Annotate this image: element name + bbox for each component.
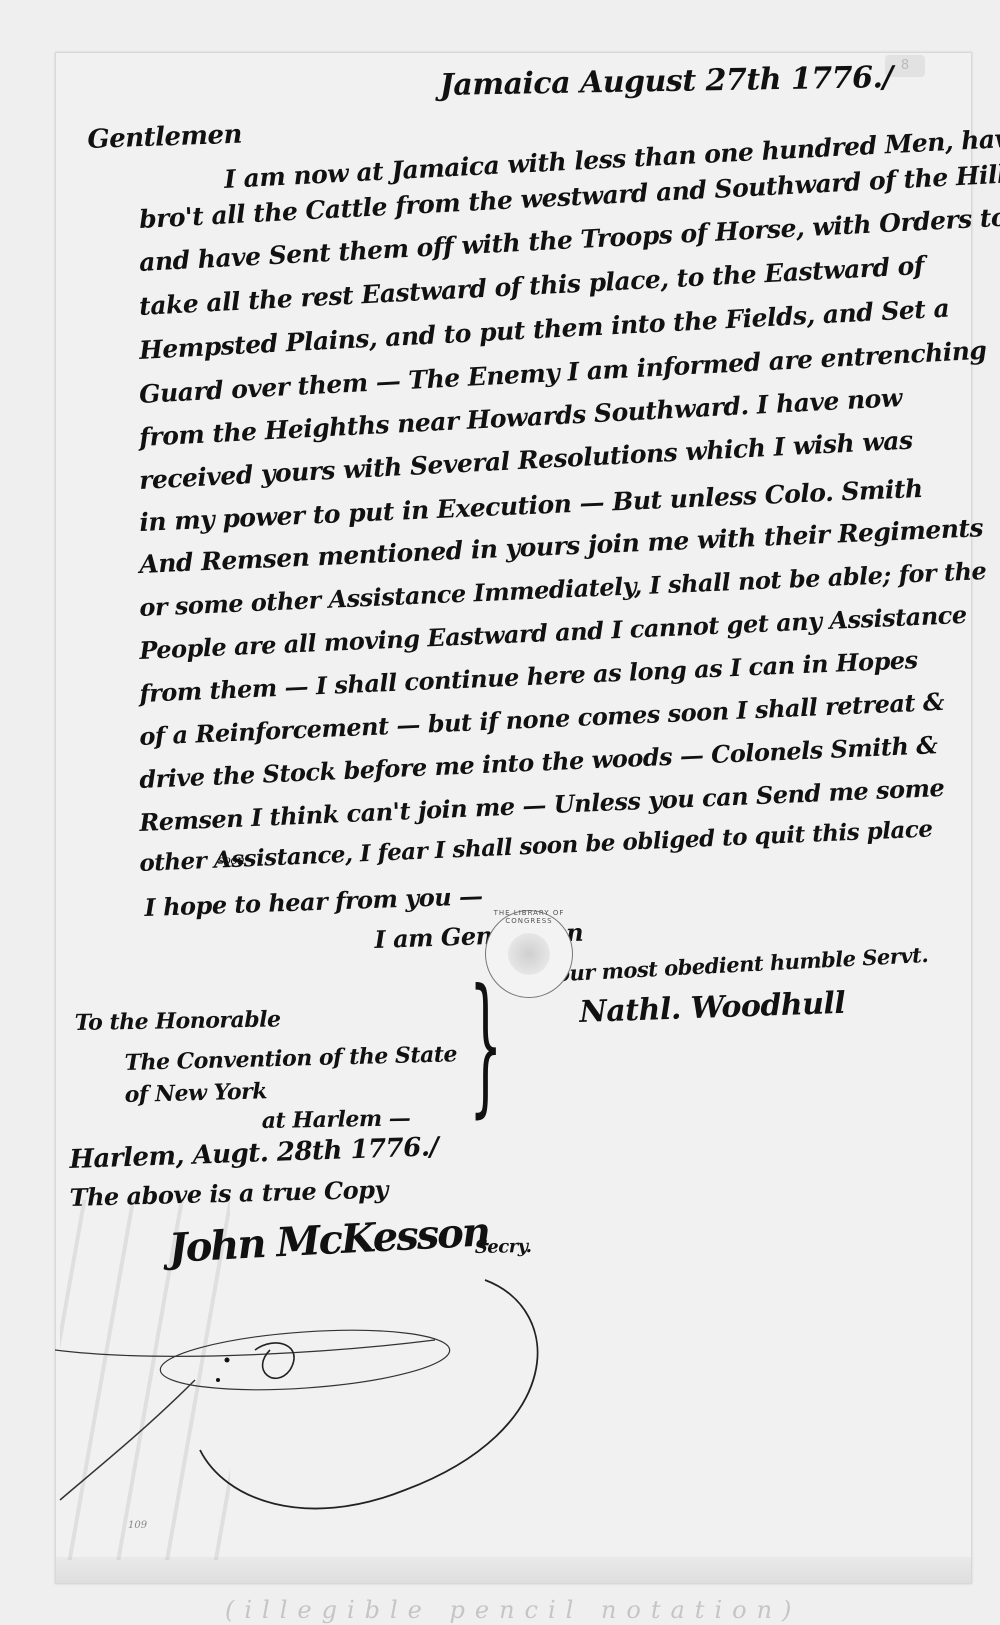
address-line: of New York [124, 1078, 267, 1108]
address-line: To the Honorable [75, 1006, 281, 1036]
address-line: at Harlem — [262, 1105, 411, 1134]
folio-number: 109 [128, 1520, 147, 1531]
curly-brace: } [469, 970, 502, 1120]
letter-salutation: Gentlemen [87, 120, 242, 155]
pencil-note: (illegible pencil notation) [225, 1596, 801, 1624]
attestation-title: Secry. [475, 1236, 532, 1258]
interlineation: soon [218, 853, 244, 867]
stamp-text: THE LIBRARY OF CONGRESS [486, 909, 572, 925]
eagle-emblem-icon [508, 933, 550, 975]
